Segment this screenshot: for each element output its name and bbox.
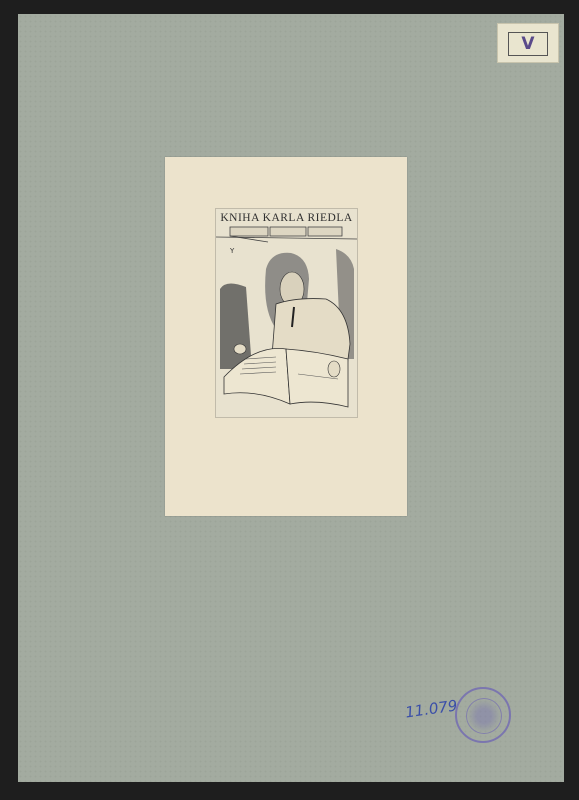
stamp-emblem — [466, 698, 502, 734]
corner-label-tag: V — [497, 23, 559, 63]
label-mark: V — [521, 36, 534, 53]
etching-plate: KNIHA KARLA RIEDLA Y — [215, 208, 358, 418]
etching-illustration: Y — [216, 209, 358, 418]
svg-text:Y: Y — [229, 247, 235, 255]
collection-stamp-icon — [455, 687, 511, 743]
label-frame: V — [508, 32, 548, 56]
